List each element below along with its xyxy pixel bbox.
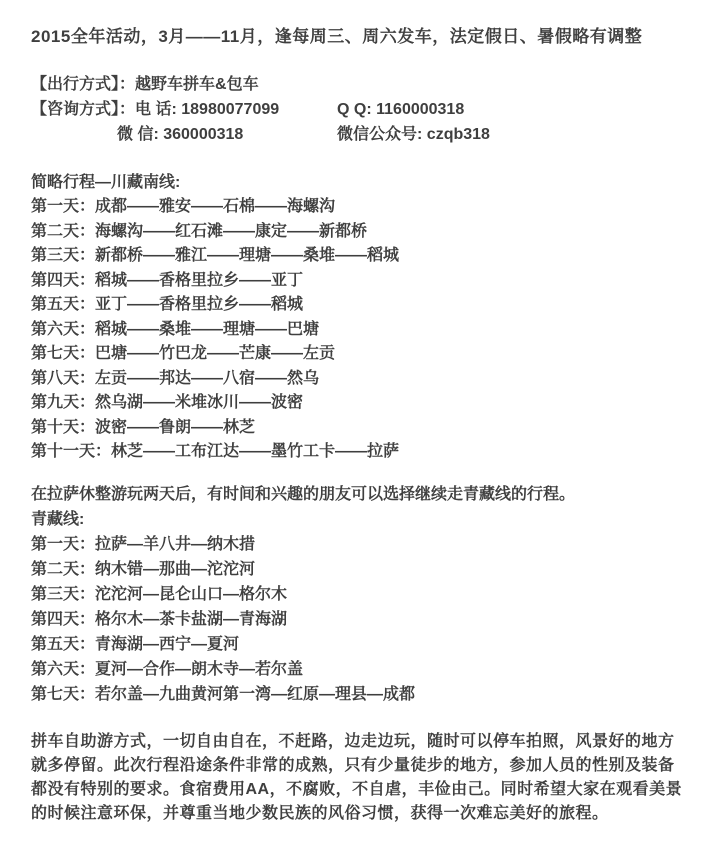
day-line: 第五天：青海湖—西宁—夏河 (31, 632, 689, 657)
closing-paragraph: 拼车自助游方式，一切自由自在，不赶路，边走边玩，随时可以停车拍照，风景好的地方就… (31, 730, 689, 826)
wechat-number: 360000318 (163, 126, 243, 143)
wechat-public-label: 微信公众号: (337, 126, 422, 143)
day-line: 第六天：稻城——桑堆——理塘——巴塘 (31, 318, 689, 343)
day-line: 第八天：左贡——邦达——八宿——然乌 (31, 367, 689, 392)
day-line: 第十天：波密——鲁朗——林芝 (31, 416, 689, 441)
wechat-group: 微 信: 360000318 (117, 122, 337, 147)
qq-label: Q Q: (337, 101, 372, 118)
contact-line-2: 微 信: 360000318 微信公众号: czqb318 (31, 122, 689, 147)
day-line: 第七天：若尔盖—九曲黄河第一湾—红原—理县—成都 (31, 682, 689, 707)
day-line: 第一天：成都——雅安——石棉——海螺沟 (31, 195, 689, 220)
day-line: 第四天：格尔木—茶卡盐湖—青海湖 (31, 607, 689, 632)
day-line: 第三天：新都桥——雅江——理塘——桑堆——稻城 (31, 244, 689, 269)
phone-label: 电 话: (135, 101, 177, 118)
contact-label: 【咨询方式】： (31, 101, 135, 118)
day-line: 第二天：纳木错—那曲—沱沱河 (31, 557, 689, 582)
day-line: 第七天：巴塘——竹巴龙——芒康——左贡 (31, 342, 689, 367)
route-qinghai-day-list: 第一天：拉萨—羊八井—纳木措 第二天：纳木错—那曲—沱沱河 第三天：沱沱河—昆仑… (31, 532, 689, 707)
contact-phone-group: 【咨询方式】：电 话: 18980077099 (31, 97, 337, 122)
travel-mode-label: 【出行方式】： (31, 76, 135, 93)
qq-number: 1160000318 (376, 101, 464, 118)
qq-group: Q Q: 1160000318 (337, 101, 464, 118)
wechat-public-id: czqb318 (427, 126, 490, 143)
phone-number: 18980077099 (181, 101, 279, 118)
day-line: 第五天：亚丁——香格里拉乡——稻城 (31, 293, 689, 318)
travel-mode-value: 越野车拼车&包车 (135, 76, 259, 93)
route-south-heading: 简略行程—川藏南线: (31, 170, 689, 195)
spacer (31, 147, 689, 170)
page-title: 2015全年活动，3月——11月，逢每周三、周六发车，法定假日、暑假略有调整 (31, 26, 689, 48)
route-qinghai-section: 青藏线: 第一天：拉萨—羊八井—纳木措 第二天：纳木错—那曲—沱沱河 第三天：沱… (31, 507, 689, 707)
day-line: 第六天：夏河—合作—朗木寺—若尔盖 (31, 657, 689, 682)
wechat-label: 微 信: (117, 126, 159, 143)
spacer (31, 707, 689, 730)
travel-mode-line: 【出行方式】：越野车拼车&包车 (31, 72, 689, 97)
contact-line-1: 【咨询方式】：电 话: 18980077099 Q Q: 1160000318 (31, 97, 689, 122)
day-line: 第十一天：林芝——工布江达——墨竹工卡——拉萨 (31, 440, 689, 465)
wechat-public-group: 微信公众号: czqb318 (337, 126, 490, 143)
itinerary-document: 2015全年活动，3月——11月，逢每周三、周六发车，法定假日、暑假略有调整 【… (0, 0, 720, 850)
trip-info-block: 【出行方式】：越野车拼车&包车 【咨询方式】：电 话: 18980077099 … (31, 72, 689, 147)
spacer (31, 465, 689, 482)
interlude-note: 在拉萨休整游玩两天后，有时间和兴趣的朋友可以选择继续走青藏线的行程。 (31, 482, 689, 507)
day-line: 第九天：然乌湖——米堆冰川——波密 (31, 391, 689, 416)
day-line: 第一天：拉萨—羊八井—纳木措 (31, 532, 689, 557)
route-south-day-list: 第一天：成都——雅安——石棉——海螺沟 第二天：海螺沟——红石滩——康定——新都… (31, 195, 689, 465)
day-line: 第四天：稻城——香格里拉乡——亚丁 (31, 269, 689, 294)
day-line: 第二天：海螺沟——红石滩——康定——新都桥 (31, 220, 689, 245)
route-south-section: 简略行程—川藏南线: 第一天：成都——雅安——石棉——海螺沟 第二天：海螺沟——… (31, 170, 689, 465)
route-qinghai-heading: 青藏线: (31, 507, 689, 532)
day-line: 第三天：沱沱河—昆仑山口—格尔木 (31, 582, 689, 607)
